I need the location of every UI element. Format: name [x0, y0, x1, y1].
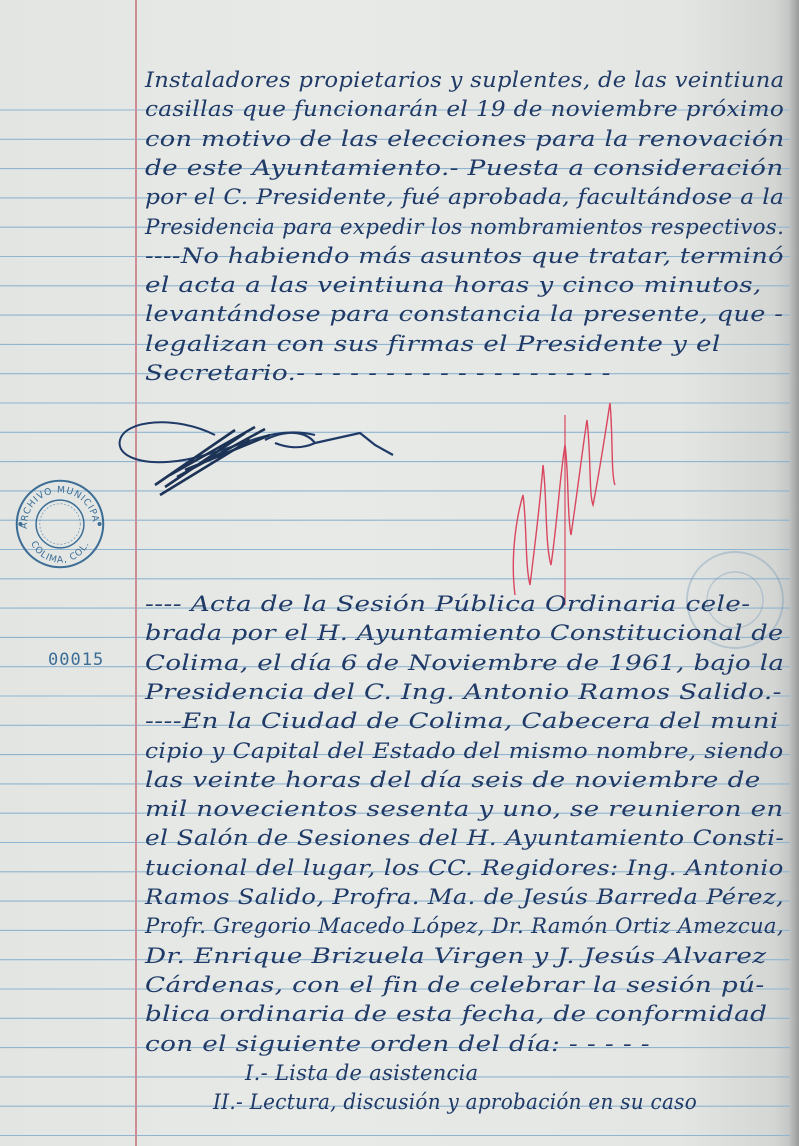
handwritten-line: brada por el H. Ayuntamiento Constitucio…: [145, 619, 784, 648]
handwritten-line: mil novecientos sesenta y uno, se reunie…: [145, 795, 784, 824]
handwritten-line: cipio y Capital del Estado del mismo nom…: [145, 737, 784, 766]
handwritten-line: por el C. Presidente, fué aprobada, facu…: [145, 183, 784, 212]
folio-number: 00015: [48, 650, 104, 670]
handwritten-line: de este Ayuntamiento.- Puesta a consider…: [145, 154, 784, 183]
svg-text:ARCHIVO MUNICIPAL: ARCHIVO MUNICIPAL: [14, 478, 101, 529]
president-signature: [115, 405, 415, 500]
handwritten-line: con el siguiente orden del día: - - - - …: [145, 1030, 650, 1059]
margin-line: [135, 0, 137, 1146]
handwritten-line: Instaladores propietarios y suplentes, d…: [145, 66, 784, 95]
handwritten-line: el Salón de Sesiones del H. Ayuntamiento…: [145, 824, 784, 853]
archivo-municipal-stamp: ARCHIVO MUNICIPAL COLIMA, COL.: [14, 478, 106, 570]
handwritten-line: Dr. Enrique Brizuela Virgen y J. Jesús A…: [145, 942, 767, 971]
handwritten-line: Presidencia del C. Ing. Antonio Ramos Sa…: [145, 678, 782, 707]
handwritten-line: Secretario.- - - - - - - - - - - - - - -…: [145, 359, 611, 388]
handwritten-line: tucional del lugar, los CC. Regidores: I…: [145, 854, 784, 883]
handwritten-line: casillas que funcionarán el 19 de noviem…: [145, 95, 784, 124]
secretary-signature-red: [505, 395, 645, 605]
handwritten-line: Cárdenas, con el fin de celebrar la sesi…: [145, 971, 765, 1000]
handwritten-line: Presidencia para expedir los nombramient…: [145, 213, 784, 242]
handwritten-line: las veinte horas del día seis de noviemb…: [145, 766, 761, 795]
handwritten-line: legalizan con sus firmas el Presidente y…: [145, 330, 721, 359]
handwritten-line: ----En la Ciudad de Colima, Cabecera del…: [145, 707, 779, 736]
handwritten-line: I.- Lista de asistencia: [245, 1059, 478, 1088]
handwritten-line: ---- Acta de la Sesión Pública Ordinaria…: [145, 590, 750, 619]
handwritten-line: el acta a las veintiuna horas y cinco mi…: [145, 271, 762, 300]
handwritten-line: Colima, el día 6 de Noviembre de 1961, b…: [145, 649, 784, 678]
handwritten-line: blica ordinaria de esta fecha, de confor…: [145, 1000, 767, 1029]
handwritten-line: levantándose para constancia la presente…: [145, 300, 783, 329]
handwritten-line: ----No habiendo más asuntos que tratar, …: [145, 242, 784, 271]
handwritten-line: II.- Lectura, discusión y aprobación en …: [213, 1088, 697, 1117]
handwritten-line: Profr. Gregorio Macedo López, Dr. Ramón …: [145, 912, 784, 941]
page-edge: [789, 0, 799, 1146]
document-page: Instaladores propietarios y suplentes, d…: [0, 0, 799, 1146]
handwritten-line: con motivo de las elecciones para la ren…: [145, 125, 785, 154]
handwritten-line: Ramos Salido, Profra. Ma. de Jesús Barre…: [145, 883, 784, 912]
